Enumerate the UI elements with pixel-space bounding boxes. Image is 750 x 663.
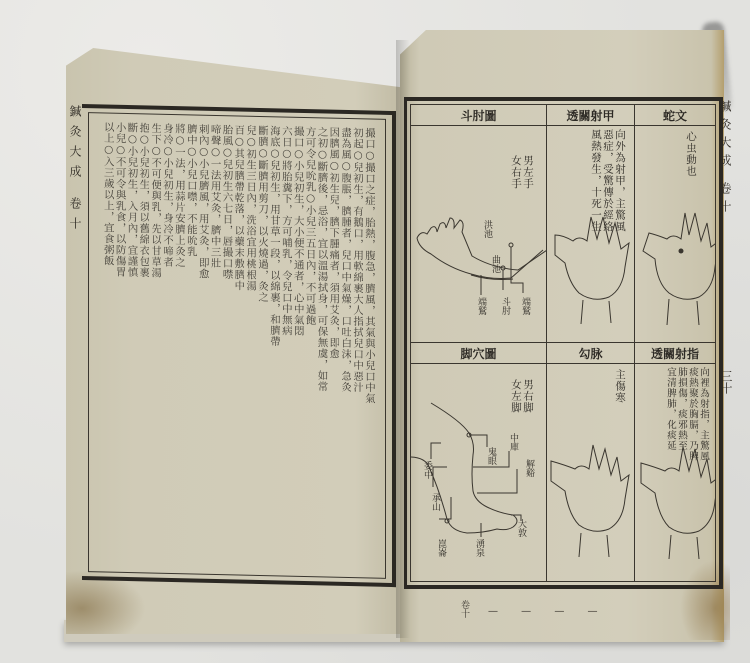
text-columns: 撮口○撮口之症，胎熱，腹急，臍風，其氣與小兒口中氣 初起○兒初生，有鵝口，用軟綿…: [103, 121, 375, 567]
hand-diagram-cell: 蛇文 心虫動也: [635, 105, 715, 343]
text-column: 臍中○小兒口噤，不能吮乳: [186, 123, 197, 563]
text-column: 盡為風○腹脹，臍腫者，兒口中氣燥，口吐白沫，急灸: [340, 127, 351, 567]
text-column: 刺內○小兒臍風，用艾灸，即愈: [198, 124, 209, 564]
acupoint-label: 端鷲: [519, 297, 532, 315]
left-text-frame: 撮口○撮口之症，胎熱，腹急，臍風，其氣與小兒口中氣 初起○兒初生，有鵝口，用軟綿…: [82, 104, 396, 587]
text-column: 生下○不可便與乳，先以甘草湯: [150, 123, 161, 563]
hand-diagram-cell: 透關射甲 向外為射甲，主驚風 惡症，受驚傳於經絡 風熱發生，十死一生: [547, 105, 635, 343]
page-edge-number: 三十: [718, 370, 735, 394]
foot-diagram-cell: 脚穴圖 男右脚 女左脚 鬼眼 中庫 解谿 大敦 湧泉 崑崙 承山 委中: [411, 343, 547, 581]
right-diagram-frame: 斗肘圖 男左手 女右手 洪池 曲池 斗肘 端鷲 端鷲: [404, 97, 723, 589]
text-column: 初起○兒初生，有鵝口，用軟綿裹大人指拭兒口中惡汁: [352, 127, 363, 567]
hand-illustration: [547, 105, 635, 325]
text-column: 以上○入三歲以上，宜食粥飯: [103, 121, 114, 561]
right-inner-border: 斗肘圖 男左手 女右手 洪池 曲池 斗肘 端鷲 端鷲: [410, 104, 716, 582]
text-column: 斷臍○斷臍用剪刀，以火燒過，灸之: [257, 125, 268, 565]
text-column: 之初○斷臍後，忌浴，宜以溫湯拭身，可保無虞，如常: [317, 126, 328, 566]
acupoint-label: 崑崙: [435, 539, 448, 557]
text-column: 斷○小兒初生，入月內，宜謹慎: [127, 122, 138, 562]
left-inner-border: 撮口○撮口之症，胎熱，腹急，臍風，其氣與小兒口中氣 初起○兒初生，有鵝口，用軟綿…: [88, 112, 386, 579]
text-column: 撮口○撮口之症，胎熱，腹急，臍風，其氣與小兒口中氣: [364, 127, 375, 567]
footer-dashes: — — — —: [488, 606, 608, 617]
text-column: 撮口○小兒初生，大小便不通者，心中氣悶: [293, 126, 304, 566]
hand-illustration: [635, 105, 715, 325]
acupoint-label: 斗肘: [499, 297, 512, 315]
hand-diagram-cell: 透關射指 向裡為射指，主驚風 痰熱聚於胸膈，乃脾 肺損傷，痰邪熱至 宜清脾肺，化…: [635, 343, 715, 581]
page-edge-title: 鍼灸大成 卷十: [716, 100, 734, 218]
hand-diagram-cell: 勾脉 主傷寒: [547, 343, 635, 581]
acupoint-label: 洪池: [481, 220, 494, 238]
acupoint-label: 解谿: [523, 459, 536, 477]
text-column: 因臍風○初生兒，臍下腫痛者，須用艾灸，即愈: [329, 127, 340, 567]
acupoint-label: 承山: [429, 493, 442, 511]
text-column: 兒○初生三日內，洗浴宜用桃根湯: [245, 125, 256, 565]
hand-illustration: [547, 343, 635, 568]
arm-illustration: [411, 105, 547, 325]
text-column: 百○其兒臍帶乾落，以藥末敷臍中: [234, 124, 245, 564]
text-column: 小兒○不可令與乳食，以防傷胃: [115, 122, 126, 562]
page-footer-mark: 卷十: [458, 600, 471, 618]
acupoint-label: 端鷲: [475, 297, 488, 315]
text-column: 六日○將胎糞下，方可哺乳，令兒口中無病: [281, 126, 292, 566]
acupoint-label: 委中: [421, 461, 434, 479]
acupoint-label: 大敦: [515, 519, 528, 537]
acupoint-label: 鬼眼: [485, 447, 498, 465]
text-column: 方可令兒吮乳○小兒三五日內，不可過飽: [305, 126, 316, 566]
text-column: 啼聲○一法用艾灸，臍中三壯: [210, 124, 221, 564]
text-column: 抱○小兒初生，須以舊綿衣包裹: [139, 122, 150, 562]
text-column: 胎風○兒初生六七日，唇撮口噤: [222, 124, 233, 564]
arm-diagram-cell: 斗肘圖 男左手 女右手 洪池 曲池 斗肘 端鷲 端鷲: [411, 105, 547, 343]
acupoint-label: 曲池: [489, 255, 502, 273]
text-column: 海底○兒初生，用甘草一段，以綿裹，和臍帶: [269, 125, 280, 565]
acupoint-label: 中庫: [507, 433, 520, 451]
acupoint-label: 湧泉: [473, 539, 486, 557]
text-column: 身冷○小兒初生，身冷不啼者: [162, 123, 173, 563]
diagram-grid: 斗肘圖 男左手 女右手 洪池 曲池 斗肘 端鷲 端鷲: [411, 105, 715, 581]
hand-illustration: [635, 343, 715, 568]
text-column: 將○一法，用蒜片安臍上灸之: [174, 123, 185, 563]
